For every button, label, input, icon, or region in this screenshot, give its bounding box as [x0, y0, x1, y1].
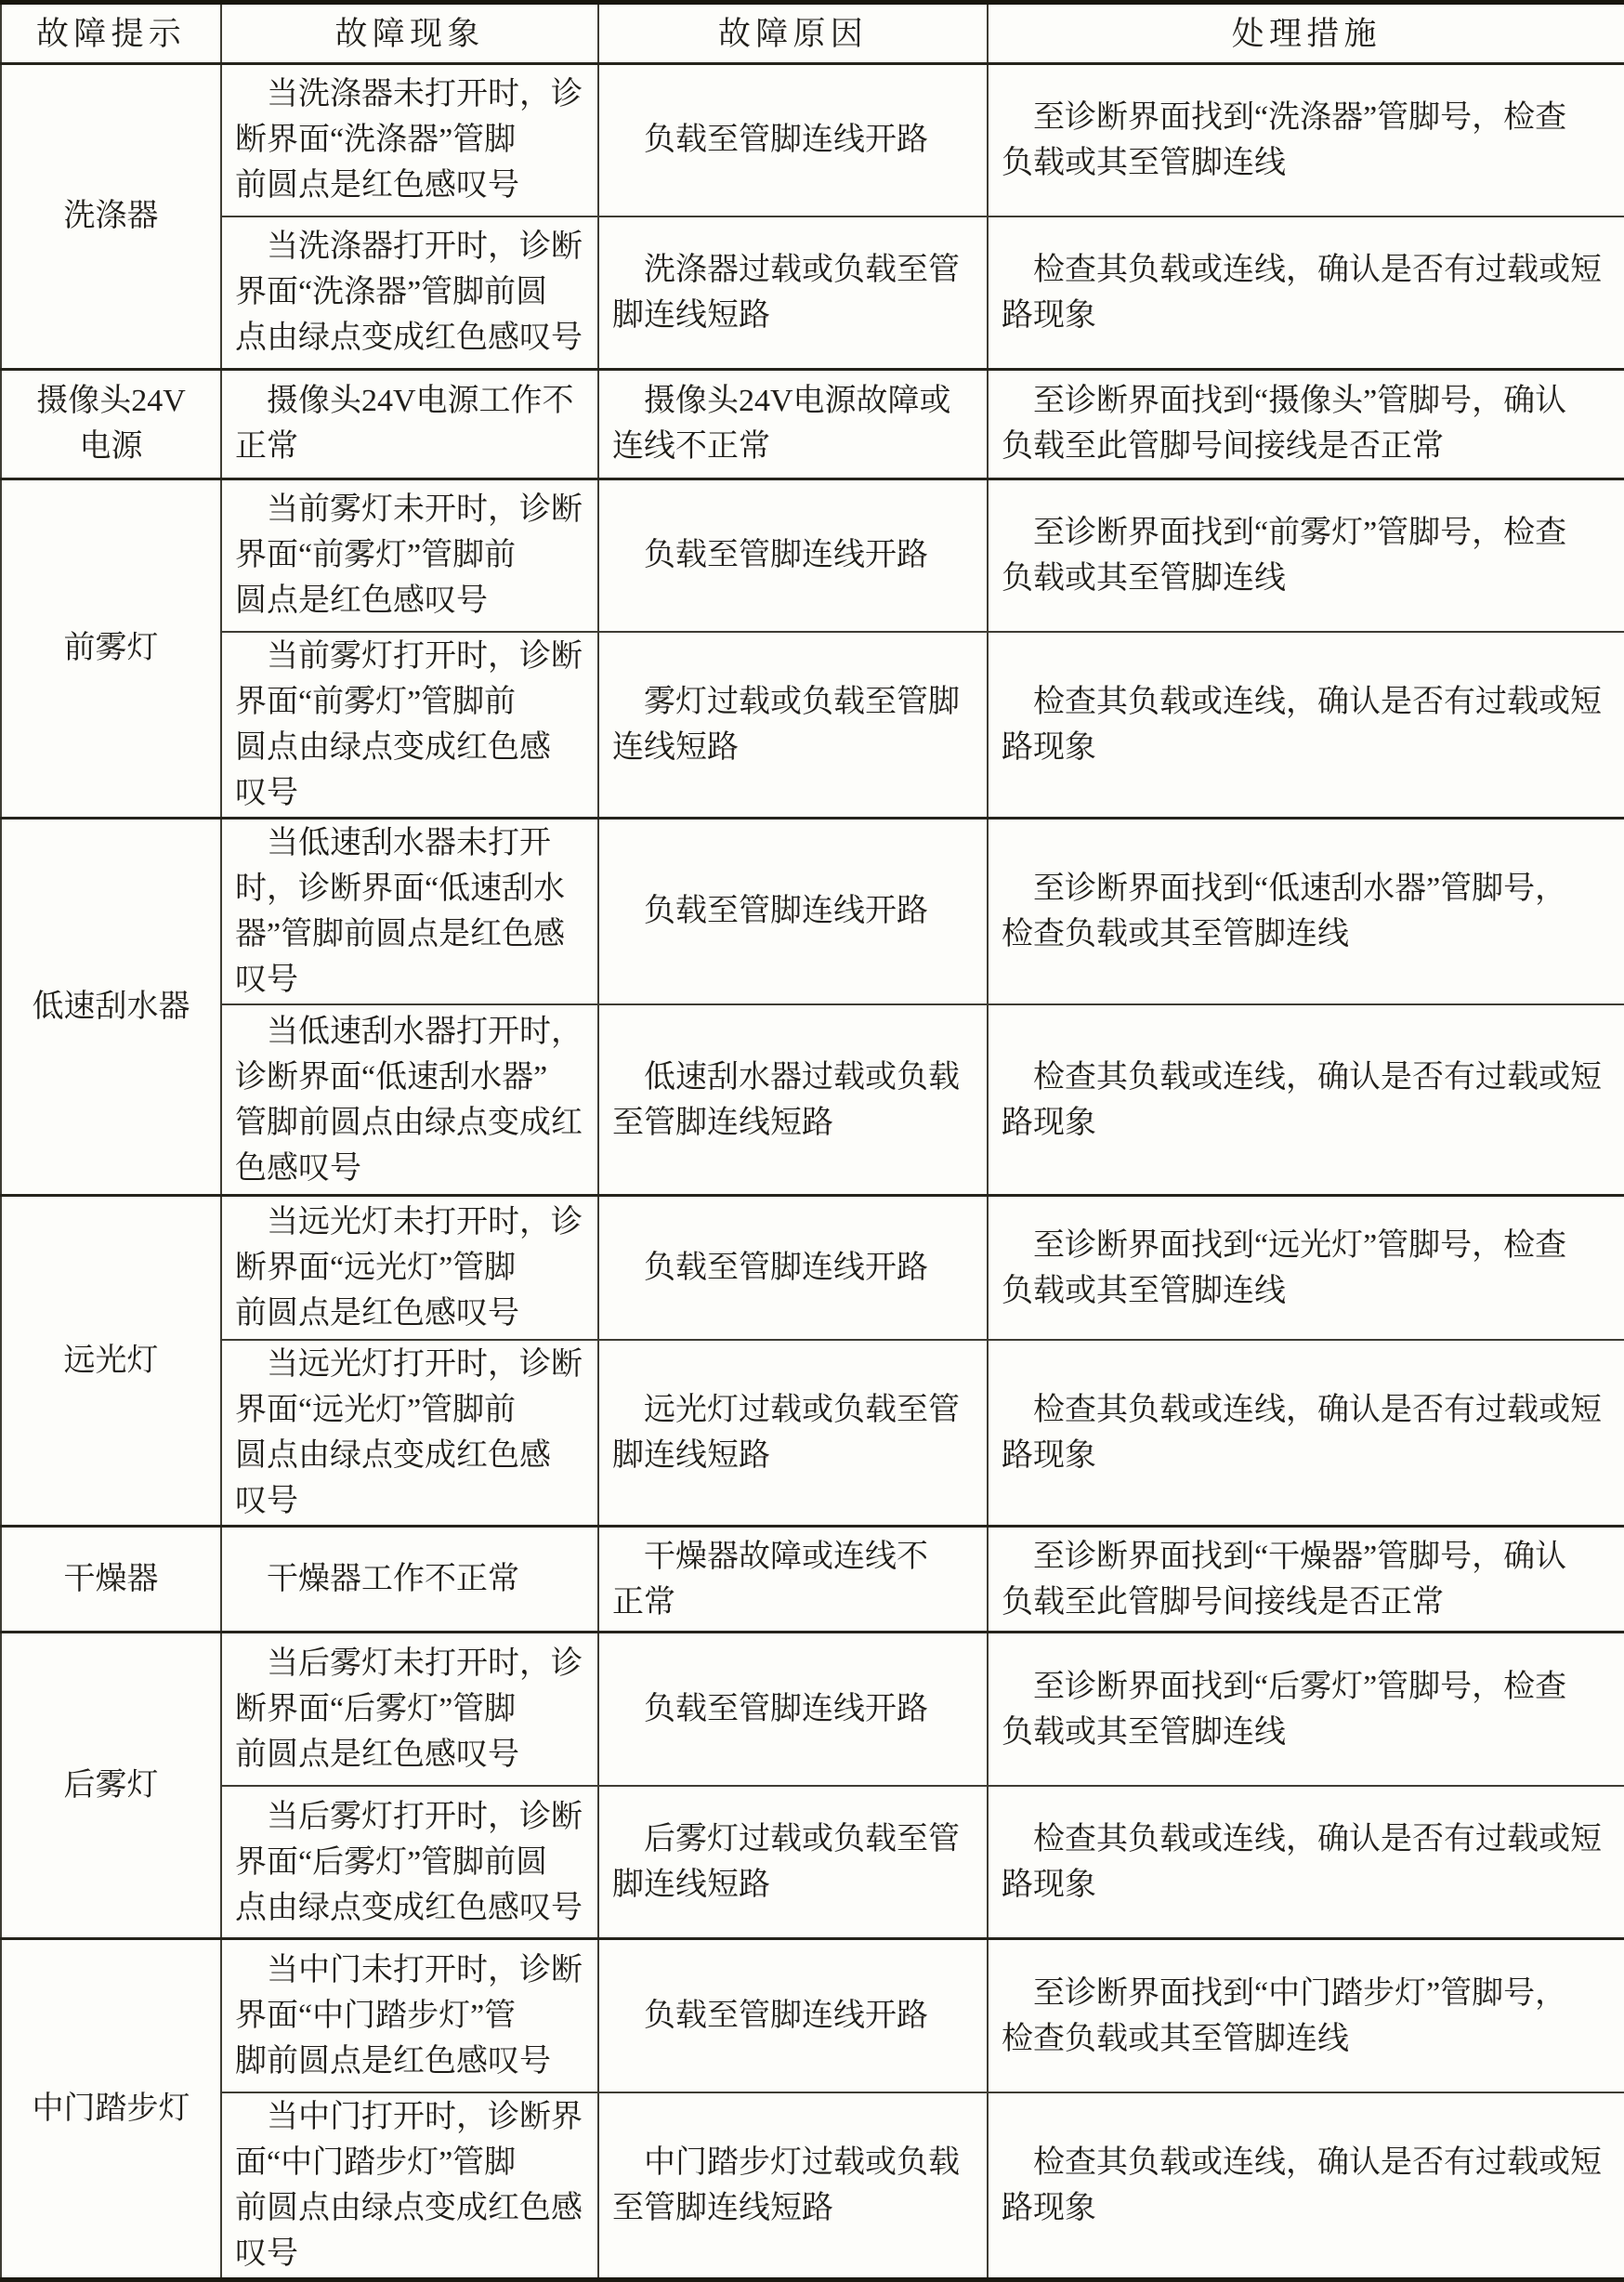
table-row: 洗涤器 当洗涤器未打开时，诊 断界面“洗涤器”管脚 前圆点是红色感叹号 负载至管… — [1, 64, 1624, 216]
cause-cell: 负载至管脚连线开路 — [598, 64, 988, 216]
table-row: 当前雾灯打开时，诊断 界面“前雾灯”管脚前 圆点由绿点变成红色感 叹号 雾灯过载… — [1, 632, 1624, 818]
cause-cell: 雾灯过载或负载至管脚 连线短路 — [598, 632, 988, 818]
fault-table: 故障提示 故障现象 故障原因 处理措施 洗涤器 当洗涤器未打开时，诊 断界面“洗… — [0, 0, 1624, 2282]
phenomenon-cell: 当低速刮水器未打开 时，诊断界面“低速刮水 器”管脚前圆点是红色感 叹号 — [221, 818, 598, 1004]
header-fault-action: 处理措施 — [988, 3, 1624, 64]
table-row: 摄像头24V 电源 摄像头24V电源工作不 正常 摄像头24V电源故障或 连线不… — [1, 369, 1624, 479]
phenomenon-cell: 当前雾灯打开时，诊断 界面“前雾灯”管脚前 圆点由绿点变成红色感 叹号 — [221, 632, 598, 818]
action-cell: 检查其负载或连线，确认是否有过载或短 路现象 — [988, 1004, 1624, 1196]
fault-group-label: 后雾灯 — [1, 1633, 221, 1939]
action-cell: 检查其负载或连线，确认是否有过载或短 路现象 — [988, 1340, 1624, 1526]
phenomenon-cell: 当低速刮水器打开时， 诊断界面“低速刮水器” 管脚前圆点由绿点变成红 色感叹号 — [221, 1004, 598, 1196]
fault-group-label: 洗涤器 — [1, 64, 221, 370]
cause-cell: 负载至管脚连线开路 — [598, 818, 988, 1004]
action-cell: 至诊断界面找到“远光灯”管脚号，检查 负载或其至管脚连线 — [988, 1196, 1624, 1340]
phenomenon-cell: 当中门打开时，诊断界 面“中门踏步灯”管脚 前圆点由绿点变成红色感 叹号 — [221, 2092, 598, 2279]
phenomenon-cell: 当洗涤器未打开时，诊 断界面“洗涤器”管脚 前圆点是红色感叹号 — [221, 64, 598, 216]
cause-cell: 干燥器故障或连线不 正常 — [598, 1527, 988, 1633]
table-row: 当后雾灯打开时，诊断 界面“后雾灯”管脚前圆 点由绿点变成红色感叹号 后雾灯过载… — [1, 1786, 1624, 1938]
fault-group-label: 中门踏步灯 — [1, 1939, 221, 2280]
header-fault-phenomenon: 故障现象 — [221, 3, 598, 64]
fault-group-label: 低速刮水器 — [1, 818, 221, 1196]
cause-cell: 后雾灯过载或负载至管 脚连线短路 — [598, 1786, 988, 1938]
action-cell: 至诊断界面找到“洗涤器”管脚号，检查 负载或其至管脚连线 — [988, 64, 1624, 216]
fault-group-label: 远光灯 — [1, 1196, 221, 1527]
phenomenon-cell: 当远光灯未打开时，诊 断界面“远光灯”管脚 前圆点是红色感叹号 — [221, 1196, 598, 1340]
table-row: 当低速刮水器打开时， 诊断界面“低速刮水器” 管脚前圆点由绿点变成红 色感叹号 … — [1, 1004, 1624, 1196]
table-row: 干燥器 干燥器工作不正常 干燥器故障或连线不 正常 至诊断界面找到“干燥器”管脚… — [1, 1527, 1624, 1633]
phenomenon-cell: 摄像头24V电源工作不 正常 — [221, 369, 598, 479]
table-row: 后雾灯 当后雾灯未打开时，诊 断界面“后雾灯”管脚 前圆点是红色感叹号 负载至管… — [1, 1633, 1624, 1786]
phenomenon-cell: 当远光灯打开时，诊断 界面“远光灯”管脚前 圆点由绿点变成红色感 叹号 — [221, 1340, 598, 1526]
action-cell: 检查其负载或连线，确认是否有过载或短 路现象 — [988, 632, 1624, 818]
table-row: 当中门打开时，诊断界 面“中门踏步灯”管脚 前圆点由绿点变成红色感 叹号 中门踏… — [1, 2092, 1624, 2279]
header-fault-cause: 故障原因 — [598, 3, 988, 64]
action-cell: 检查其负载或连线，确认是否有过载或短 路现象 — [988, 216, 1624, 369]
fault-group-label: 前雾灯 — [1, 479, 221, 819]
action-cell: 至诊断界面找到“干燥器”管脚号，确认 负载至此管脚号间接线是否正常 — [988, 1527, 1624, 1633]
phenomenon-cell: 当后雾灯未打开时，诊 断界面“后雾灯”管脚 前圆点是红色感叹号 — [221, 1633, 598, 1786]
cause-cell: 负载至管脚连线开路 — [598, 479, 988, 632]
action-cell: 至诊断界面找到“低速刮水器”管脚号， 检查负载或其至管脚连线 — [988, 818, 1624, 1004]
action-cell: 检查其负载或连线，确认是否有过载或短 路现象 — [988, 1786, 1624, 1938]
document-page: 故障提示 故障现象 故障原因 处理措施 洗涤器 当洗涤器未打开时，诊 断界面“洗… — [0, 0, 1624, 2282]
cause-cell: 远光灯过载或负载至管 脚连线短路 — [598, 1340, 988, 1526]
table-row: 低速刮水器 当低速刮水器未打开 时，诊断界面“低速刮水 器”管脚前圆点是红色感 … — [1, 818, 1624, 1004]
action-cell: 至诊断界面找到“中门踏步灯”管脚号， 检查负载或其至管脚连线 — [988, 1939, 1624, 2092]
table-row: 前雾灯 当前雾灯未开时，诊断 界面“前雾灯”管脚前 圆点是红色感叹号 负载至管脚… — [1, 479, 1624, 632]
fault-group-label: 摄像头24V 电源 — [1, 369, 221, 479]
phenomenon-cell: 当中门未打开时，诊断 界面“中门踏步灯”管 脚前圆点是红色感叹号 — [221, 1939, 598, 2092]
phenomenon-cell: 当洗涤器打开时，诊断 界面“洗涤器”管脚前圆 点由绿点变成红色感叹号 — [221, 216, 598, 369]
table-row: 远光灯 当远光灯未打开时，诊 断界面“远光灯”管脚 前圆点是红色感叹号 负载至管… — [1, 1196, 1624, 1340]
table-row: 当远光灯打开时，诊断 界面“远光灯”管脚前 圆点由绿点变成红色感 叹号 远光灯过… — [1, 1340, 1624, 1526]
phenomenon-cell: 当后雾灯打开时，诊断 界面“后雾灯”管脚前圆 点由绿点变成红色感叹号 — [221, 1786, 598, 1938]
header-row: 故障提示 故障现象 故障原因 处理措施 — [1, 3, 1624, 64]
action-cell: 至诊断界面找到“后雾灯”管脚号，检查 负载或其至管脚连线 — [988, 1633, 1624, 1786]
cause-cell: 摄像头24V电源故障或 连线不正常 — [598, 369, 988, 479]
action-cell: 至诊断界面找到“前雾灯”管脚号，检查 负载或其至管脚连线 — [988, 479, 1624, 632]
header-fault-indicator: 故障提示 — [1, 3, 221, 64]
cause-cell: 负载至管脚连线开路 — [598, 1196, 988, 1340]
action-cell: 检查其负载或连线，确认是否有过载或短 路现象 — [988, 2092, 1624, 2279]
cause-cell: 洗涤器过载或负载至管 脚连线短路 — [598, 216, 988, 369]
phenomenon-cell: 当前雾灯未开时，诊断 界面“前雾灯”管脚前 圆点是红色感叹号 — [221, 479, 598, 632]
cause-cell: 中门踏步灯过载或负载 至管脚连线短路 — [598, 2092, 988, 2279]
cause-cell: 负载至管脚连线开路 — [598, 1939, 988, 2092]
table-row: 中门踏步灯 当中门未打开时，诊断 界面“中门踏步灯”管 脚前圆点是红色感叹号 负… — [1, 1939, 1624, 2092]
phenomenon-cell: 干燥器工作不正常 — [221, 1527, 598, 1633]
cause-cell: 负载至管脚连线开路 — [598, 1633, 988, 1786]
table-row: 当洗涤器打开时，诊断 界面“洗涤器”管脚前圆 点由绿点变成红色感叹号 洗涤器过载… — [1, 216, 1624, 369]
action-cell: 至诊断界面找到“摄像头”管脚号，确认 负载至此管脚号间接线是否正常 — [988, 369, 1624, 479]
cause-cell: 低速刮水器过载或负载 至管脚连线短路 — [598, 1004, 988, 1196]
fault-group-label: 干燥器 — [1, 1527, 221, 1633]
